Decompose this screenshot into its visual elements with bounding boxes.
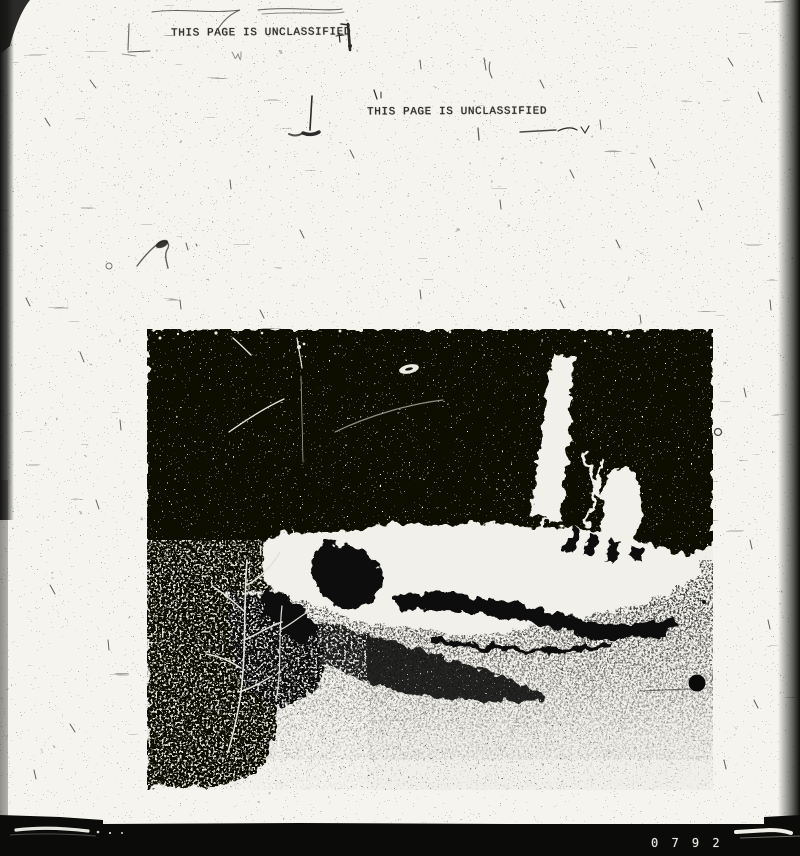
page-artwork [0, 0, 800, 856]
unclassified-stamp-middle: THIS PAGE IS UNCLASSIFIED [367, 107, 547, 119]
scan-edge-right [778, 0, 800, 830]
scan-edge-left [0, 0, 14, 520]
wreckage-photo [147, 329, 736, 795]
unclassified-stamp-top-label: THIS PAGE IS UNCLASSIFIED [171, 26, 351, 39]
unclassified-stamp-middle-label: THIS PAGE IS UNCLASSIFIED [367, 106, 547, 119]
scan-edge-left-lower [0, 480, 8, 820]
punch-hole-dot [689, 675, 706, 692]
photo-small-mark [702, 600, 706, 604]
page-number: 0 7 9 2 [651, 836, 723, 850]
unclassified-stamp-top: THIS PAGE IS UNCLASSIFIED [171, 27, 351, 39]
scanned-document-page: THIS PAGE IS UNCLASSIFIED THIS PAGE IS U… [0, 0, 800, 856]
